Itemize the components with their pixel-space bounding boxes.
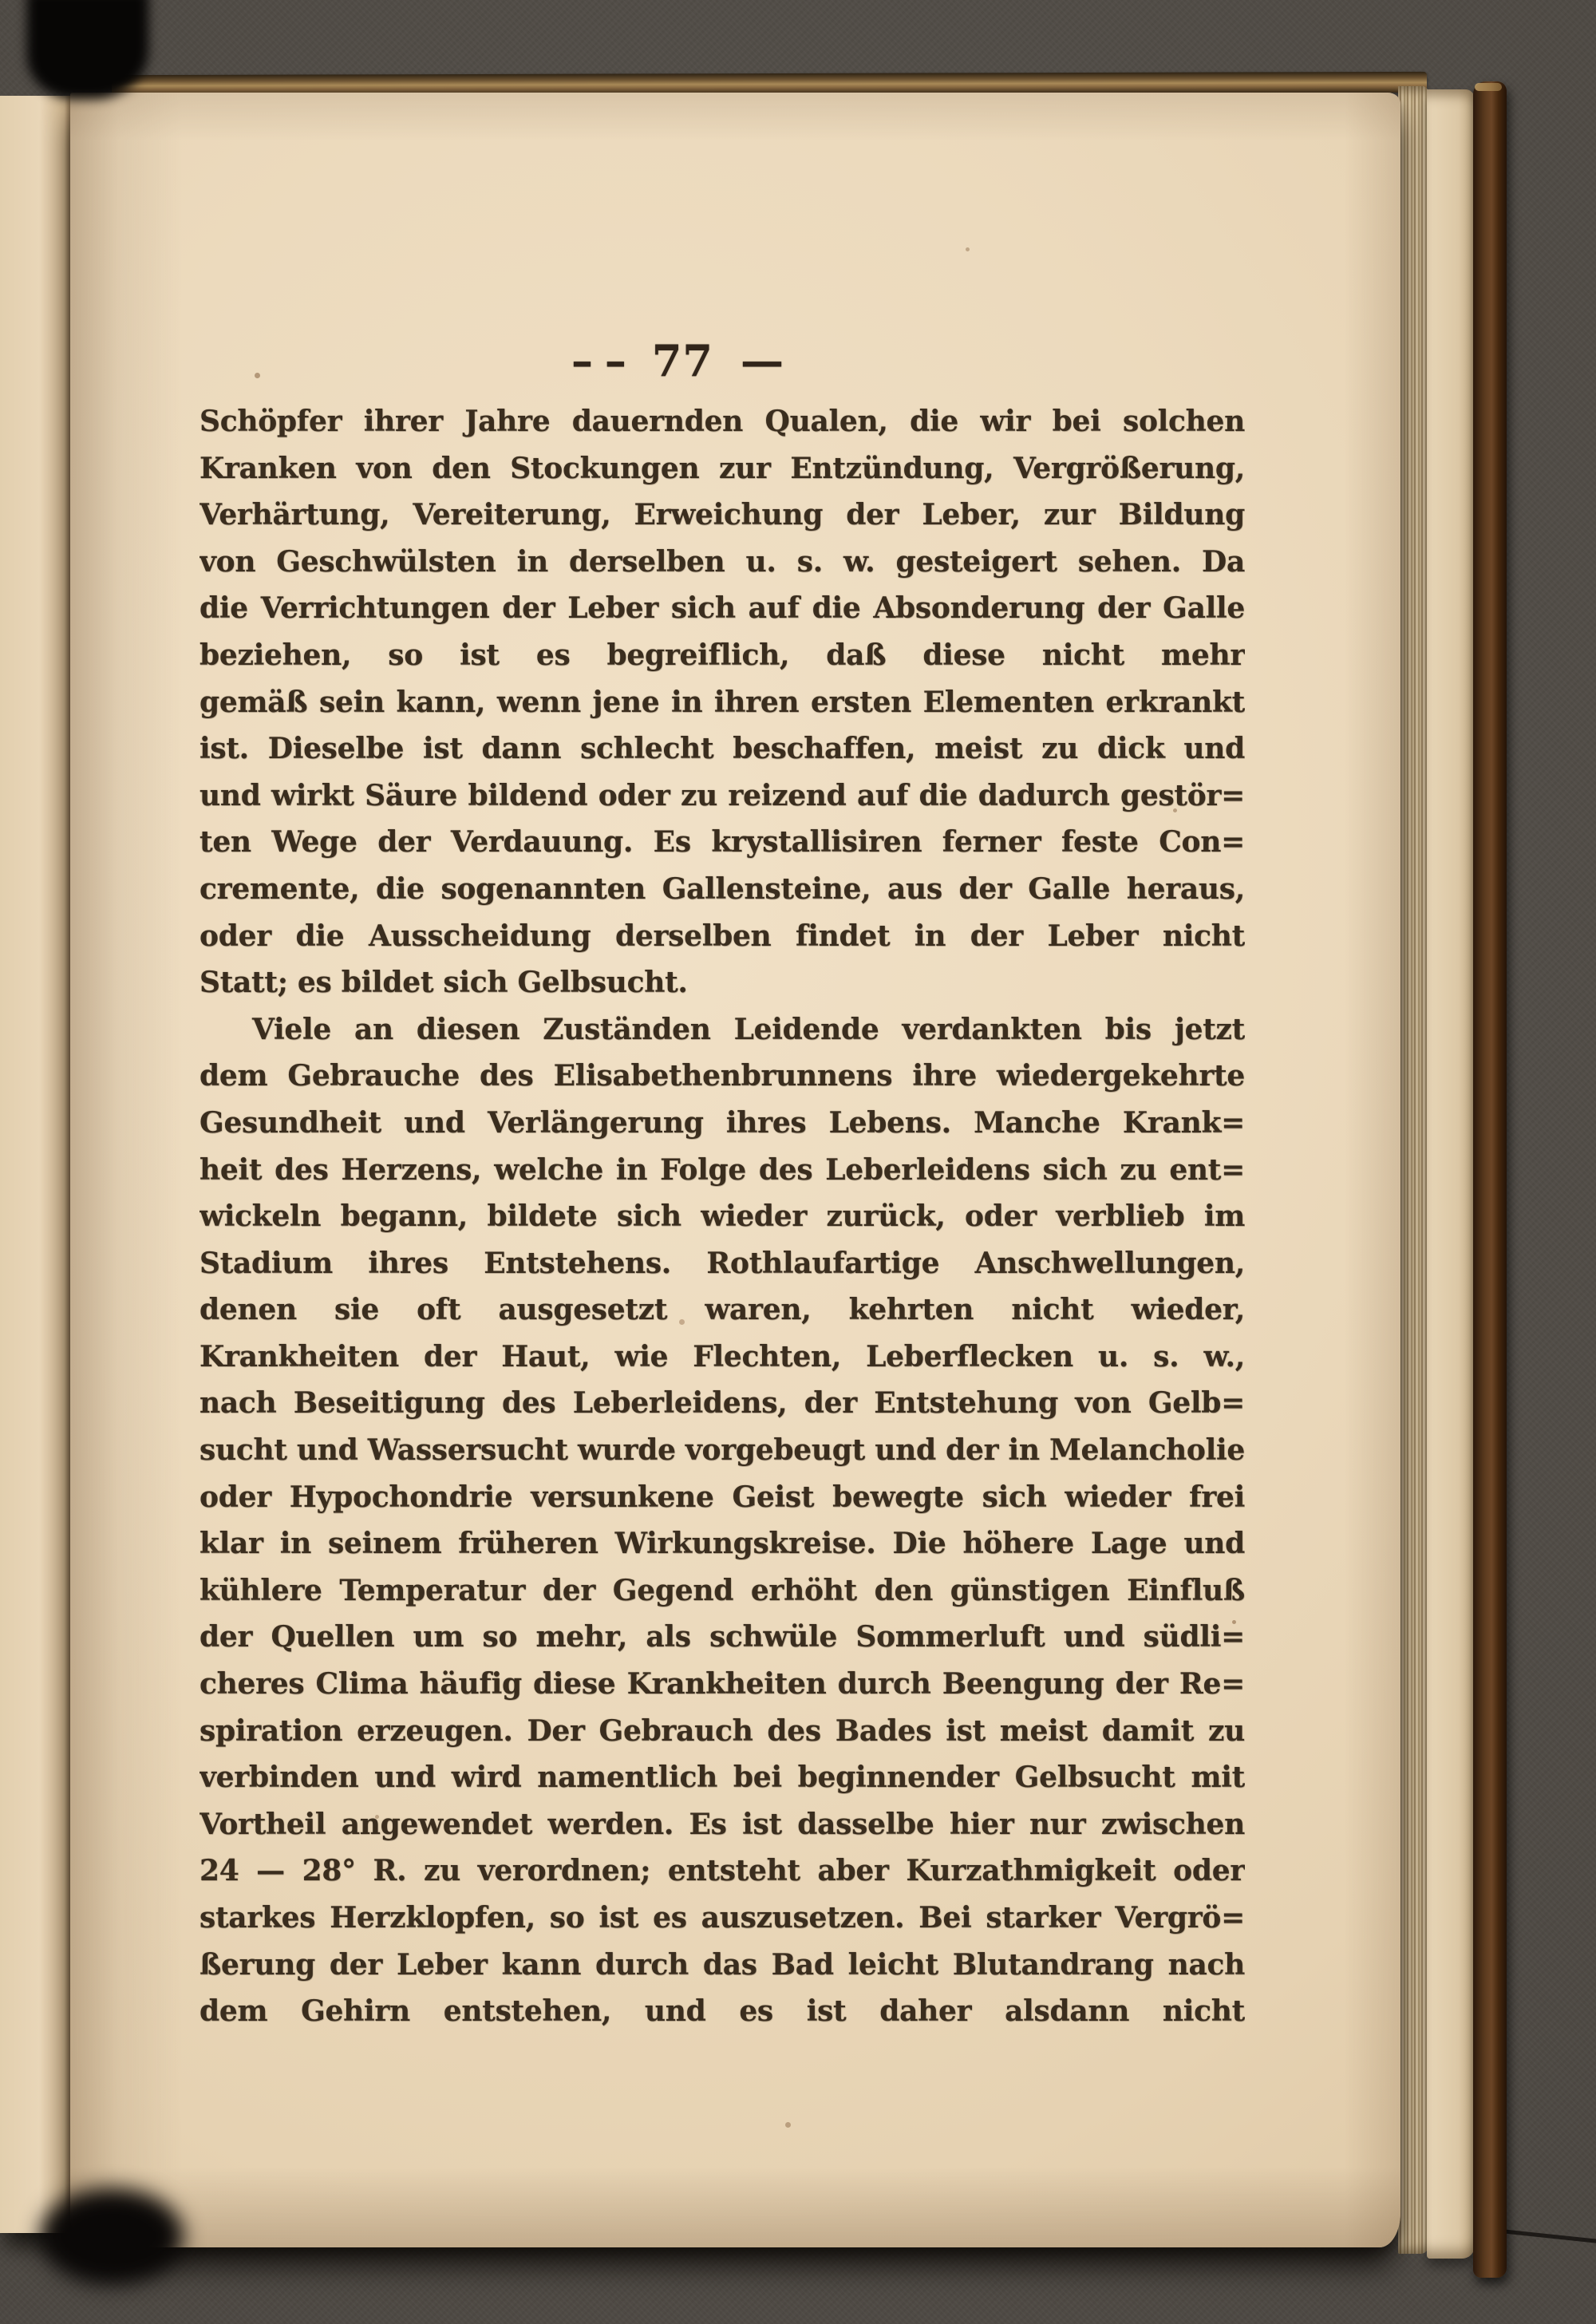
header-right-dash: — — [741, 335, 782, 386]
page-header: – –77— — [199, 332, 1245, 389]
text-line: Statt; es bildet sich Gelbsucht. — [199, 959, 1245, 1006]
text-line: sucht und Wassersucht wurde vorgebeugt u… — [199, 1427, 1245, 1474]
text-line: heit des Herzens, welche in Folge des Le… — [199, 1147, 1245, 1194]
left-page-sliver — [0, 96, 72, 2233]
text-line: die Verrichtungen der Leber sich auf die… — [199, 585, 1245, 632]
text-line: Stadium ihres Entstehens. Rothlaufartige… — [199, 1240, 1245, 1287]
page-number: 77 — [652, 335, 713, 386]
text-line: von Geschwülsten in derselben u. s. w. g… — [199, 539, 1245, 586]
text-line: 24 — 28° R. zu verordnen; entsteht aber … — [199, 1848, 1245, 1895]
page-stack-fore-edge — [1398, 86, 1428, 2254]
text-line: Viele an diesen Zuständen Leidende verda… — [199, 1006, 1245, 1053]
text-line: cremente, die sogenannten Gallensteine, … — [199, 866, 1245, 913]
gutter-shadow-top — [27, 0, 148, 99]
text-line: denen sie oft ausgesetzt waren, kehrten … — [199, 1286, 1245, 1334]
page-header-inner: – –77— — [571, 335, 782, 386]
text-line: cheres Clima häufig diese Krankheiten du… — [199, 1661, 1245, 1708]
text-line: Kranken von den Stockungen zur Entzündun… — [199, 445, 1245, 492]
text-line: dem Gebrauche des Elisabethenbrunnens ih… — [199, 1053, 1245, 1100]
book-page: – –77— Schöpfer ihrer Jahre dauernden Qu… — [70, 93, 1400, 2247]
text-line: nach Beseitigung des Leberleidens, der E… — [199, 1380, 1245, 1427]
backdrop-seam — [1494, 2228, 1596, 2245]
text-line: Gesundheit und Verlängerung ihres Lebens… — [199, 1100, 1245, 1147]
book-cover-edge — [1473, 81, 1507, 2278]
text-line: und wirkt Säure bildend oder zu reizend … — [199, 773, 1245, 820]
text-line: Verhärtung, Vereiterung, Erweichung der … — [199, 492, 1245, 539]
text-line: oder die Ausscheidung derselben findet i… — [199, 913, 1245, 960]
text-line: wickeln begann, bildete sich wieder zurü… — [199, 1193, 1245, 1240]
text-line: ten Wege der Verdauung. Es krystallisire… — [199, 819, 1245, 866]
page-text: Schöpfer ihrer Jahre dauernden Qualen, d… — [199, 398, 1245, 2035]
text-line: spiration erzeugen. Der Gebrauch des Bad… — [199, 1708, 1245, 1755]
header-left-dash: – – — [571, 335, 625, 386]
text-line: ßerung der Leber kann durch das Bad leic… — [199, 1942, 1245, 1989]
text-line: Krankheiten der Haut, wie Flechten, Lebe… — [199, 1334, 1245, 1381]
gutter-shadow-bottom — [40, 2188, 184, 2284]
text-line: klar in seinem früheren Wirkungskreise. … — [199, 1520, 1245, 1567]
text-line: beziehen, so ist es begreiflich, daß die… — [199, 632, 1245, 679]
text-line: starkes Herzklopfen, so ist es auszusetz… — [199, 1895, 1245, 1942]
text-line: Vortheil angewendet werden. Es ist dasse… — [199, 1801, 1245, 1848]
photo-backdrop: – –77— Schöpfer ihrer Jahre dauernden Qu… — [0, 0, 1596, 2324]
text-line: Schöpfer ihrer Jahre dauernden Qualen, d… — [199, 398, 1245, 445]
text-line: gemäß sein kann, wenn jene in ihren erst… — [199, 679, 1245, 726]
under-page-edge — [1427, 89, 1475, 2259]
text-line: dem Gehirn entstehen, und es ist daher a… — [199, 1988, 1245, 2035]
text-line: verbinden und wird namentlich bei beginn… — [199, 1754, 1245, 1801]
text-line: der Quellen um so mehr, als schwüle Somm… — [199, 1614, 1245, 1661]
text-line: kühlere Temperatur der Gegend erhöht den… — [199, 1567, 1245, 1615]
text-line: ist. Dieselbe ist dann schlecht beschaff… — [199, 725, 1245, 773]
text-line: oder Hypochondrie versunkene Geist beweg… — [199, 1474, 1245, 1521]
